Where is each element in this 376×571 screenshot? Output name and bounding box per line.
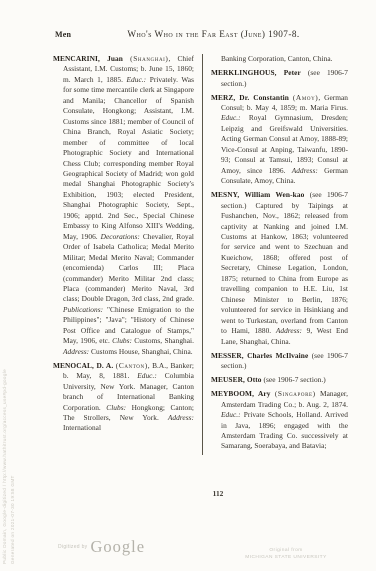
directory-entry: Banking Corporation, Canton, China. [211, 54, 348, 64]
entry-text-segment: Clubs: [112, 336, 132, 345]
google-logo: Google [90, 537, 145, 556]
entry-text-segment: MEUSER, Otto [211, 375, 264, 384]
directory-entry: MESSER, Charles McIlvaine (see 1906-7 se… [211, 351, 348, 372]
entry-text-segment: MERKLINGHOUS, Peter [211, 68, 308, 77]
directory-entry: MENOCAL, D. A. (Canton), B.A., Banker; b… [53, 361, 194, 434]
original-from-label: Original from [228, 548, 344, 555]
library-attribution: Original from MICHIGAN STATE UNIVERSITY [228, 548, 344, 561]
directory-entry: MEYBOOM, Ary (Singapore) Manager, Amster… [211, 389, 348, 452]
entry-text-segment: Address: [276, 326, 302, 335]
scan-watermark-vertical: Public Domain, Google-digitized / http:/… [2, 182, 15, 564]
directory-entry: MERZ, Dr. Constantin (Amoy), German Cons… [211, 93, 348, 187]
entry-text-segment: MERZ, Dr. Constantin [211, 93, 293, 102]
entry-text-segment: MESSER, Charles McIlvaine [211, 351, 312, 360]
entry-text-segment: MEYBOOM, Ary [211, 389, 275, 398]
entry-text-segment: Address: [292, 166, 318, 175]
entry-text-segment: Private Schools, Holland. Arrived in Jav… [221, 410, 348, 450]
directory-entry: MENCARINI, Juan (Shanghai), Chief Assist… [53, 54, 194, 357]
running-head: Men Who's Who in the Far East (June) 190… [53, 29, 346, 42]
entry-text-segment: Customs House, Shanghai, China. [89, 347, 192, 356]
entry-text-segment: Customs, Shanghai. [132, 336, 194, 345]
digitized-by-label: Digitized by [58, 544, 87, 550]
entry-text-segment: Educ.: [137, 371, 157, 380]
entry-text-segment: MENCARINI, Juan [53, 54, 130, 63]
entry-text-segment: (Amoy) [293, 93, 318, 102]
entry-text-segment: Clubs: [106, 403, 126, 412]
entry-text-segment: Chevalier, Royal Order of Isabela Cathol… [63, 232, 194, 304]
running-head-section: Men [55, 30, 71, 39]
entry-text-segment: (Canton) [116, 361, 148, 370]
library-name: MICHIGAN STATE UNIVERSITY [228, 555, 344, 562]
scanned-page: Public Domain, Google-digitized / http:/… [0, 0, 376, 571]
entry-text-segment: Educ.: [127, 75, 147, 84]
entry-text-segment: (see 1906-7 section.) Captured by Taipin… [221, 190, 348, 335]
running-head-title: Who's Who in the Far East (June) 1907-8. [53, 29, 346, 39]
entry-text-segment: International [63, 423, 101, 432]
entry-text-segment: Address: [168, 413, 194, 422]
directory-entry: MERKLINGHOUS, Peter (see 1906-7 section.… [211, 68, 348, 89]
entry-text-segment: (see 1906-7 section.) [264, 375, 326, 384]
entry-text-segment: MESNY, William Wen-kao [211, 190, 310, 199]
entry-text-segment: Publications: [63, 305, 103, 314]
directory-entry: MESNY, William Wen-kao (see 1906-7 secti… [211, 190, 348, 347]
entry-text-segment: (Shanghai) [130, 54, 168, 63]
text-column-left: MENCARINI, Juan (Shanghai), Chief Assist… [53, 54, 194, 455]
column-divider [202, 54, 203, 455]
scan-watermark-line: Generated on 2021-07-30 19:58 GMT [10, 182, 15, 564]
digitized-by-google-watermark: Digitized byGoogle [58, 537, 145, 557]
scan-watermark-line: Public Domain, Google-digitized / http:/… [2, 182, 7, 564]
entry-text-segment: Decorations: [101, 232, 140, 241]
entry-text-segment: Banking Corporation, Canton, China. [221, 54, 333, 63]
text-column-right: Banking Corporation, Canton, China.MERKL… [211, 54, 348, 455]
text-columns: MENCARINI, Juan (Shanghai), Chief Assist… [53, 54, 348, 455]
page-number: 112 [202, 489, 234, 498]
directory-entry: MEUSER, Otto (see 1906-7 section.) [211, 375, 348, 385]
entry-text-segment: Educ.: [221, 113, 241, 122]
entry-text-segment: Address: [63, 347, 89, 356]
entry-text-segment: MENOCAL, D. A. [53, 361, 116, 370]
entry-text-segment: (Singapore) [275, 389, 316, 398]
entry-text-segment: Educ.: [221, 410, 241, 419]
entry-text-segment: Privately. Was for some time mercantile … [63, 75, 194, 241]
